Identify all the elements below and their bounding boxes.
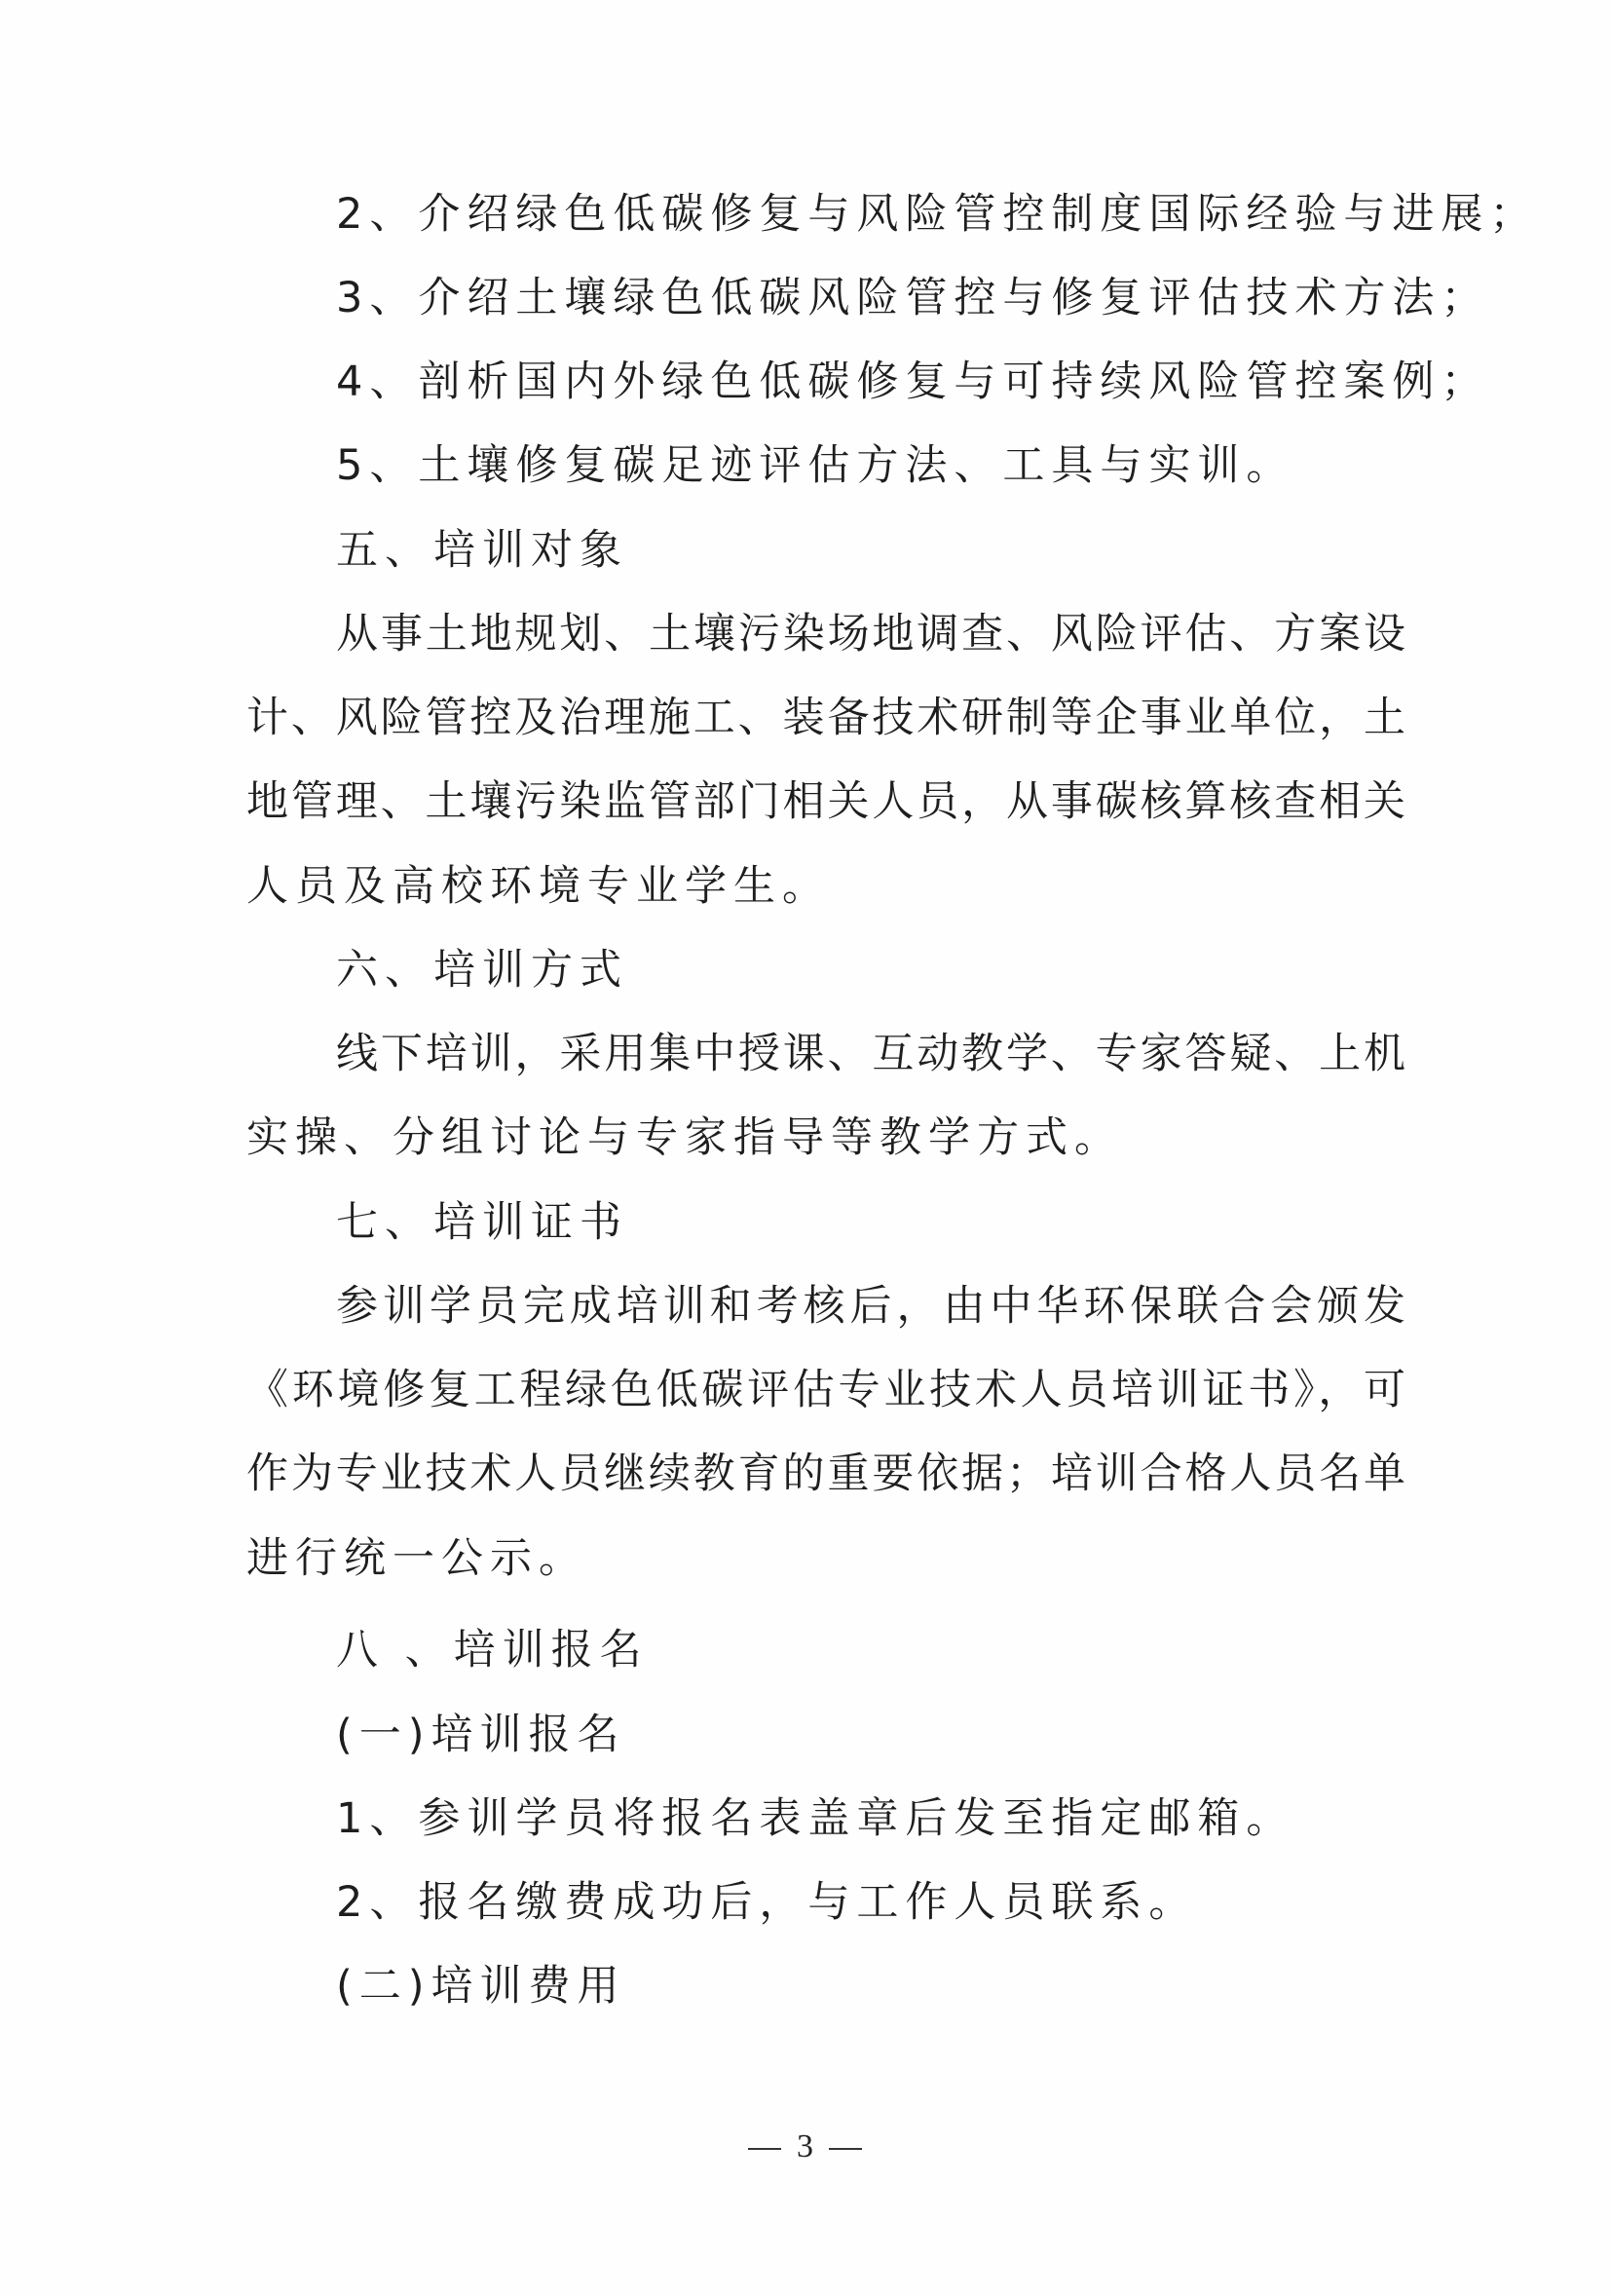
paragraph-line: 进行统一公示。 xyxy=(246,1529,587,1588)
subsection-heading-fees: (二)培训费用 xyxy=(336,1957,626,2015)
dash-right xyxy=(829,2148,862,2150)
paragraph-line: 地管理、土壤污染监管部门相关人员，从事碳核算核查相关 xyxy=(246,772,1405,831)
list-item: 2、介绍绿色低碳修复与风险管控制度国际经验与进展； xyxy=(336,185,1538,244)
page-number-footer: 3 xyxy=(0,2128,1610,2165)
list-item: 1、参训学员将报名表盖章后发至指定邮箱。 xyxy=(336,1789,1294,1848)
section-heading-training-target: 五、培训对象 xyxy=(336,521,628,580)
paragraph-line: 计、风险管控及治理施工、装备技术研制等企事业单位，土 xyxy=(246,689,1405,747)
paragraph-line: 参训学员完成培训和考核后，由中华环保联合会颁发 xyxy=(336,1277,1405,1336)
paragraph-line: 线下培训，采用集中授课、互动教学、专家答疑、上机 xyxy=(336,1025,1405,1083)
section-heading-registration: 八 、培训报名 xyxy=(336,1621,649,1679)
paragraph-line: 实操、分组讨论与专家指导等教学方式。 xyxy=(246,1109,1123,1167)
page-number: 3 xyxy=(797,2128,813,2164)
list-item: 2、报名缴费成功后，与工作人员联系。 xyxy=(336,1873,1197,1932)
section-heading-training-method: 六、培训方式 xyxy=(336,941,628,999)
paragraph-line: 作为专业技术人员继续教育的重要依据；培训合格人员名单 xyxy=(246,1445,1405,1503)
section-heading-training-certificate: 七、培训证书 xyxy=(336,1193,628,1252)
list-item: 4、剖析国内外绿色低碳修复与可持续风险管控案例； xyxy=(336,353,1489,411)
paragraph-line: 人员及高校环境专业学生。 xyxy=(246,857,831,916)
paragraph-line: 《环境修复工程绿色低碳评估专业技术人员培训证书》，可 xyxy=(246,1361,1405,1419)
dash-left xyxy=(748,2148,781,2150)
subsection-heading-registration: (一)培训报名 xyxy=(336,1706,626,1764)
list-item: 3、介绍土壤绿色低碳风险管控与修复评估技术方法； xyxy=(336,269,1489,327)
document-page: 2、介绍绿色低碳修复与风险管控制度国际经验与进展； 3、介绍土壤绿色低碳风险管控… xyxy=(0,0,1610,2296)
paragraph-line: 从事土地规划、土壤污染场地调查、风险评估、方案设 xyxy=(336,605,1405,663)
list-item: 5、土壤修复碳足迹评估方法、工具与实训。 xyxy=(336,436,1294,495)
